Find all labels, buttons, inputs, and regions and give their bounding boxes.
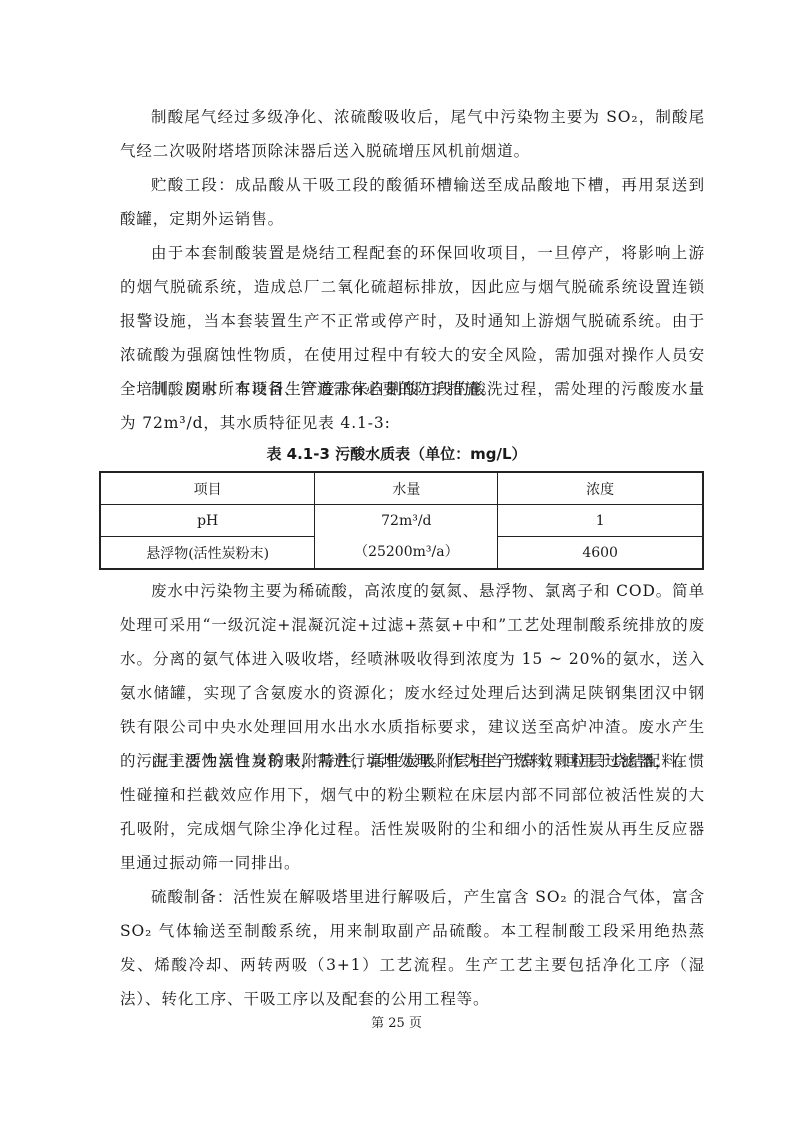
- header-water-volume: 水量: [315, 472, 498, 505]
- document-page: 制酸尾气经过多级净化、浓硫酸吸收后，尾气中污染物主要为 SO₂，制酸尾气经二次吸…: [0, 0, 793, 1122]
- page-number: 第 25 页: [0, 1012, 793, 1031]
- header-concentration: 浓度: [498, 472, 703, 505]
- water-volume-daily: 72m³/d: [315, 506, 497, 537]
- table-header-row: 项目 水量 浓度: [100, 472, 703, 505]
- water-quality-table: 项目 水量 浓度 pH 72m³/d （25200m³/a） 1 悬浮物(活性炭…: [99, 471, 704, 570]
- header-item: 项目: [100, 472, 315, 505]
- cell-item: pH: [100, 505, 315, 537]
- table-caption: 表 4.1-3 污酸水质表（单位：mg/L）: [0, 440, 793, 468]
- water-volume-annual: （25200m³/a）: [315, 537, 497, 568]
- paragraph-tail-gas: 制酸尾气经过多级净化、浓硫酸吸收后，尾气中污染物主要为 SO₂，制酸尾气经二次吸…: [120, 100, 705, 168]
- paragraph-acid-wastewater: 制酸废水：本项目生产废水来自制酸工段的酸洗过程，需处理的污酸废水量为 72m³/…: [120, 372, 705, 440]
- paragraph-sulfuric-acid-prep: 硫酸制备：活性炭在解吸塔里进行解吸后，产生富含 SO₂ 的混合气体，富含 SO₂…: [120, 880, 705, 1016]
- cell-item: 悬浮物(活性炭粉末): [100, 537, 315, 570]
- cell-concentration: 4600: [498, 537, 703, 570]
- paragraph-acid-storage: 贮酸工段：成品酸从干吸工段的酸循环槽输送至成品酸地下槽，再用泵送到酸罐，定期外运…: [120, 168, 705, 236]
- cell-concentration: 1: [498, 505, 703, 537]
- table-row: pH 72m³/d （25200m³/a） 1: [100, 505, 703, 537]
- cell-water-volume: 72m³/d （25200m³/a）: [315, 505, 498, 570]
- paragraph-activated-carbon: 由于活性炭自身的吸附特性，活性炭吸附层相当于高效颗粒层过滤器，在惯性碰撞和拦截效…: [120, 744, 705, 880]
